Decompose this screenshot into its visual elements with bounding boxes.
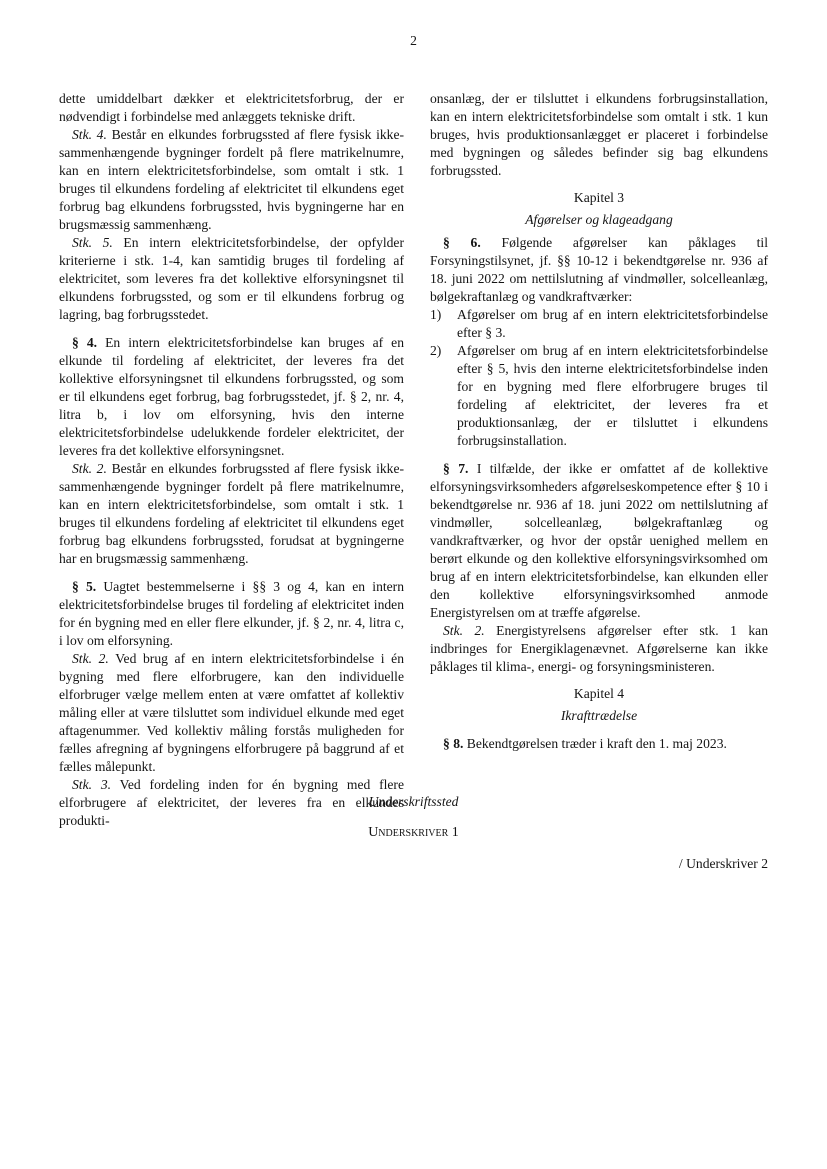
list-item-text: Afgørelser om brug af en intern elektric…: [457, 342, 768, 450]
paragraph-lead: Stk. 2.: [72, 651, 109, 666]
chapter-title: Afgørelser og klageadgang: [430, 211, 768, 229]
numbered-list: 1)Afgørelser om brug af en intern elektr…: [430, 306, 768, 450]
paragraph-lead: § 8.: [443, 736, 463, 751]
right-column: onsanlæg, der er tilsluttet i elkundens …: [430, 90, 768, 753]
paragraph: § 4. En intern elektricitetsforbindelse …: [59, 334, 404, 460]
paragraph-lead: § 7.: [443, 461, 468, 476]
left-column: dette umiddelbart dækker et elektricitet…: [59, 90, 404, 830]
document-page: 2 dette umiddelbart dækker et elektricit…: [0, 0, 827, 1169]
paragraph: § 6. Følgende afgørelser kan påklages ti…: [430, 234, 768, 306]
paragraph: Stk. 2. Energistyrelsens afgørelser efte…: [430, 622, 768, 676]
page-number: 2: [0, 33, 827, 49]
list-item: 2)Afgørelser om brug af en intern elektr…: [430, 342, 768, 450]
paragraph: § 5. Uagtet bestemmelserne i §§ 3 og 4, …: [59, 578, 404, 650]
paragraph: § 7. I tilfælde, der ikke er omfattet af…: [430, 460, 768, 622]
paragraph: onsanlæg, der er tilsluttet i elkundens …: [430, 90, 768, 180]
paragraph-lead: Stk. 2.: [443, 623, 485, 638]
chapter-title: Ikrafttrædelse: [430, 707, 768, 725]
paragraph-lead: Stk. 5.: [72, 235, 113, 250]
paragraph-lead: Stk. 2.: [72, 461, 107, 476]
paragraph: Stk. 2. Består en elkundes forbrugssted …: [59, 460, 404, 568]
paragraph: Stk. 5. En intern elektricitetsforbindel…: [59, 234, 404, 324]
paragraph-lead: § 4.: [72, 335, 97, 350]
paragraph: § 8. Bekendtgørelsen træder i kraft den …: [430, 735, 768, 753]
signature-signer-2: / Underskriver 2: [679, 856, 768, 872]
signature-signer-1: Underskriver 1: [0, 825, 827, 841]
paragraph: dette umiddelbart dækker et elektricitet…: [59, 90, 404, 126]
paragraph: Stk. 4. Består en elkundes forbrugssted …: [59, 126, 404, 234]
list-item: 1)Afgørelser om brug af en intern elektr…: [430, 306, 768, 342]
chapter-heading: Kapitel 3: [430, 189, 768, 207]
list-item-number: 1): [430, 306, 457, 342]
chapter-heading: Kapitel 4: [430, 685, 768, 703]
paragraph-lead: § 5.: [72, 579, 96, 594]
list-item-number: 2): [430, 342, 457, 450]
paragraph-lead: § 6.: [443, 235, 481, 250]
signature-place: Underskriftssted: [0, 794, 827, 810]
paragraph-lead: Stk. 4.: [72, 127, 107, 142]
paragraph-lead: Stk. 3.: [72, 777, 111, 792]
paragraph: Stk. 2. Ved brug af en intern elektricit…: [59, 650, 404, 776]
list-item-text: Afgørelser om brug af en intern elektric…: [457, 306, 768, 342]
